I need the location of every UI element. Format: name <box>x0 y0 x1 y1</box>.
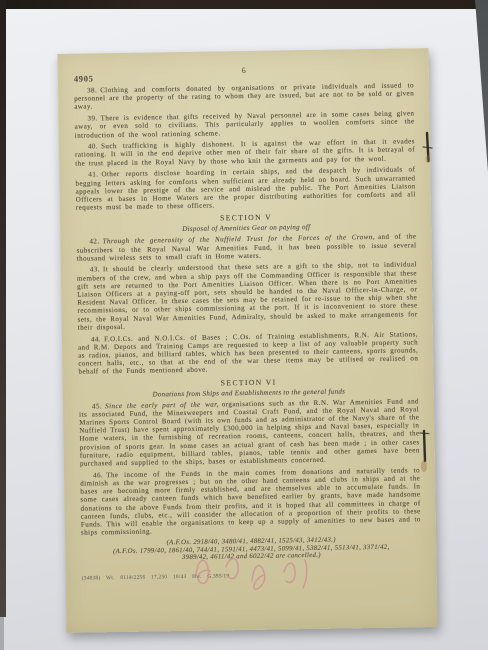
page-number: 6 <box>74 63 414 77</box>
paragraph-number: 44. <box>91 335 101 343</box>
paragraph-text: F.O.I.Cs. and N.O.I.Cs. of Bases ; C.Os.… <box>78 330 418 376</box>
paragraph-39: 39.There is evidence that gifts received… <box>74 109 414 139</box>
paragraph-number: 42. <box>89 238 99 246</box>
paragraph-46: 46.The income of the Funds in the main c… <box>80 466 421 537</box>
paragraph-45: 45.Since the early part of the war,organ… <box>79 397 420 468</box>
paragraph-text: Other reports disclose hoarding in certa… <box>75 166 415 212</box>
paragraph-text: Such trafficking is highly dishonest. It… <box>75 138 415 168</box>
paragraph-43: 43.It should be clearly understood that … <box>77 261 418 332</box>
photo-background-left-edge <box>0 0 6 617</box>
paragraph-38: 38.Clothing and comforts donated by orga… <box>74 81 414 111</box>
document-page: 4905 6 38.Clothing and comforts donated … <box>57 48 437 633</box>
paragraph-number: 41. <box>88 171 98 179</box>
paragraph-number: 46. <box>93 471 103 479</box>
paragraph-42: 42.Through the generosity of the Nuffiel… <box>76 233 416 263</box>
paragraph-number: 38. <box>87 86 97 94</box>
paragraph-text: It should be clearly understood that the… <box>77 261 418 332</box>
paragraph-number: 43. <box>90 266 100 274</box>
paragraph-number: 39. <box>87 114 97 122</box>
paragraph-text: The income of the Funds in the main come… <box>80 466 421 537</box>
printer-imprint: (34838) Wt. 8114/2256 17,250 10/43 Hw. G… <box>82 571 422 582</box>
paragraph-41: 41.Other reports disclose hoarding in ce… <box>75 166 416 212</box>
paragraph-44: 44.F.O.I.Cs. and N.O.I.Cs. of Bases ; C.… <box>78 330 419 376</box>
paragraph-40: 40.Such trafficking is highly dishonest.… <box>75 138 415 168</box>
paragraph-text: Clothing and comforts donated by organis… <box>74 81 414 111</box>
paragraph-number: 40. <box>88 143 98 151</box>
photo-background-top <box>0 0 488 9</box>
page-header: 4905 6 <box>74 63 414 79</box>
afo-cancelled-line: (A.F.Os. 1799/40, 1861/40, 744/41, 1591/… <box>107 544 395 563</box>
paragraph-text: There is evidence that gifts received by… <box>75 109 415 139</box>
paragraph-number: 45. <box>92 402 102 410</box>
